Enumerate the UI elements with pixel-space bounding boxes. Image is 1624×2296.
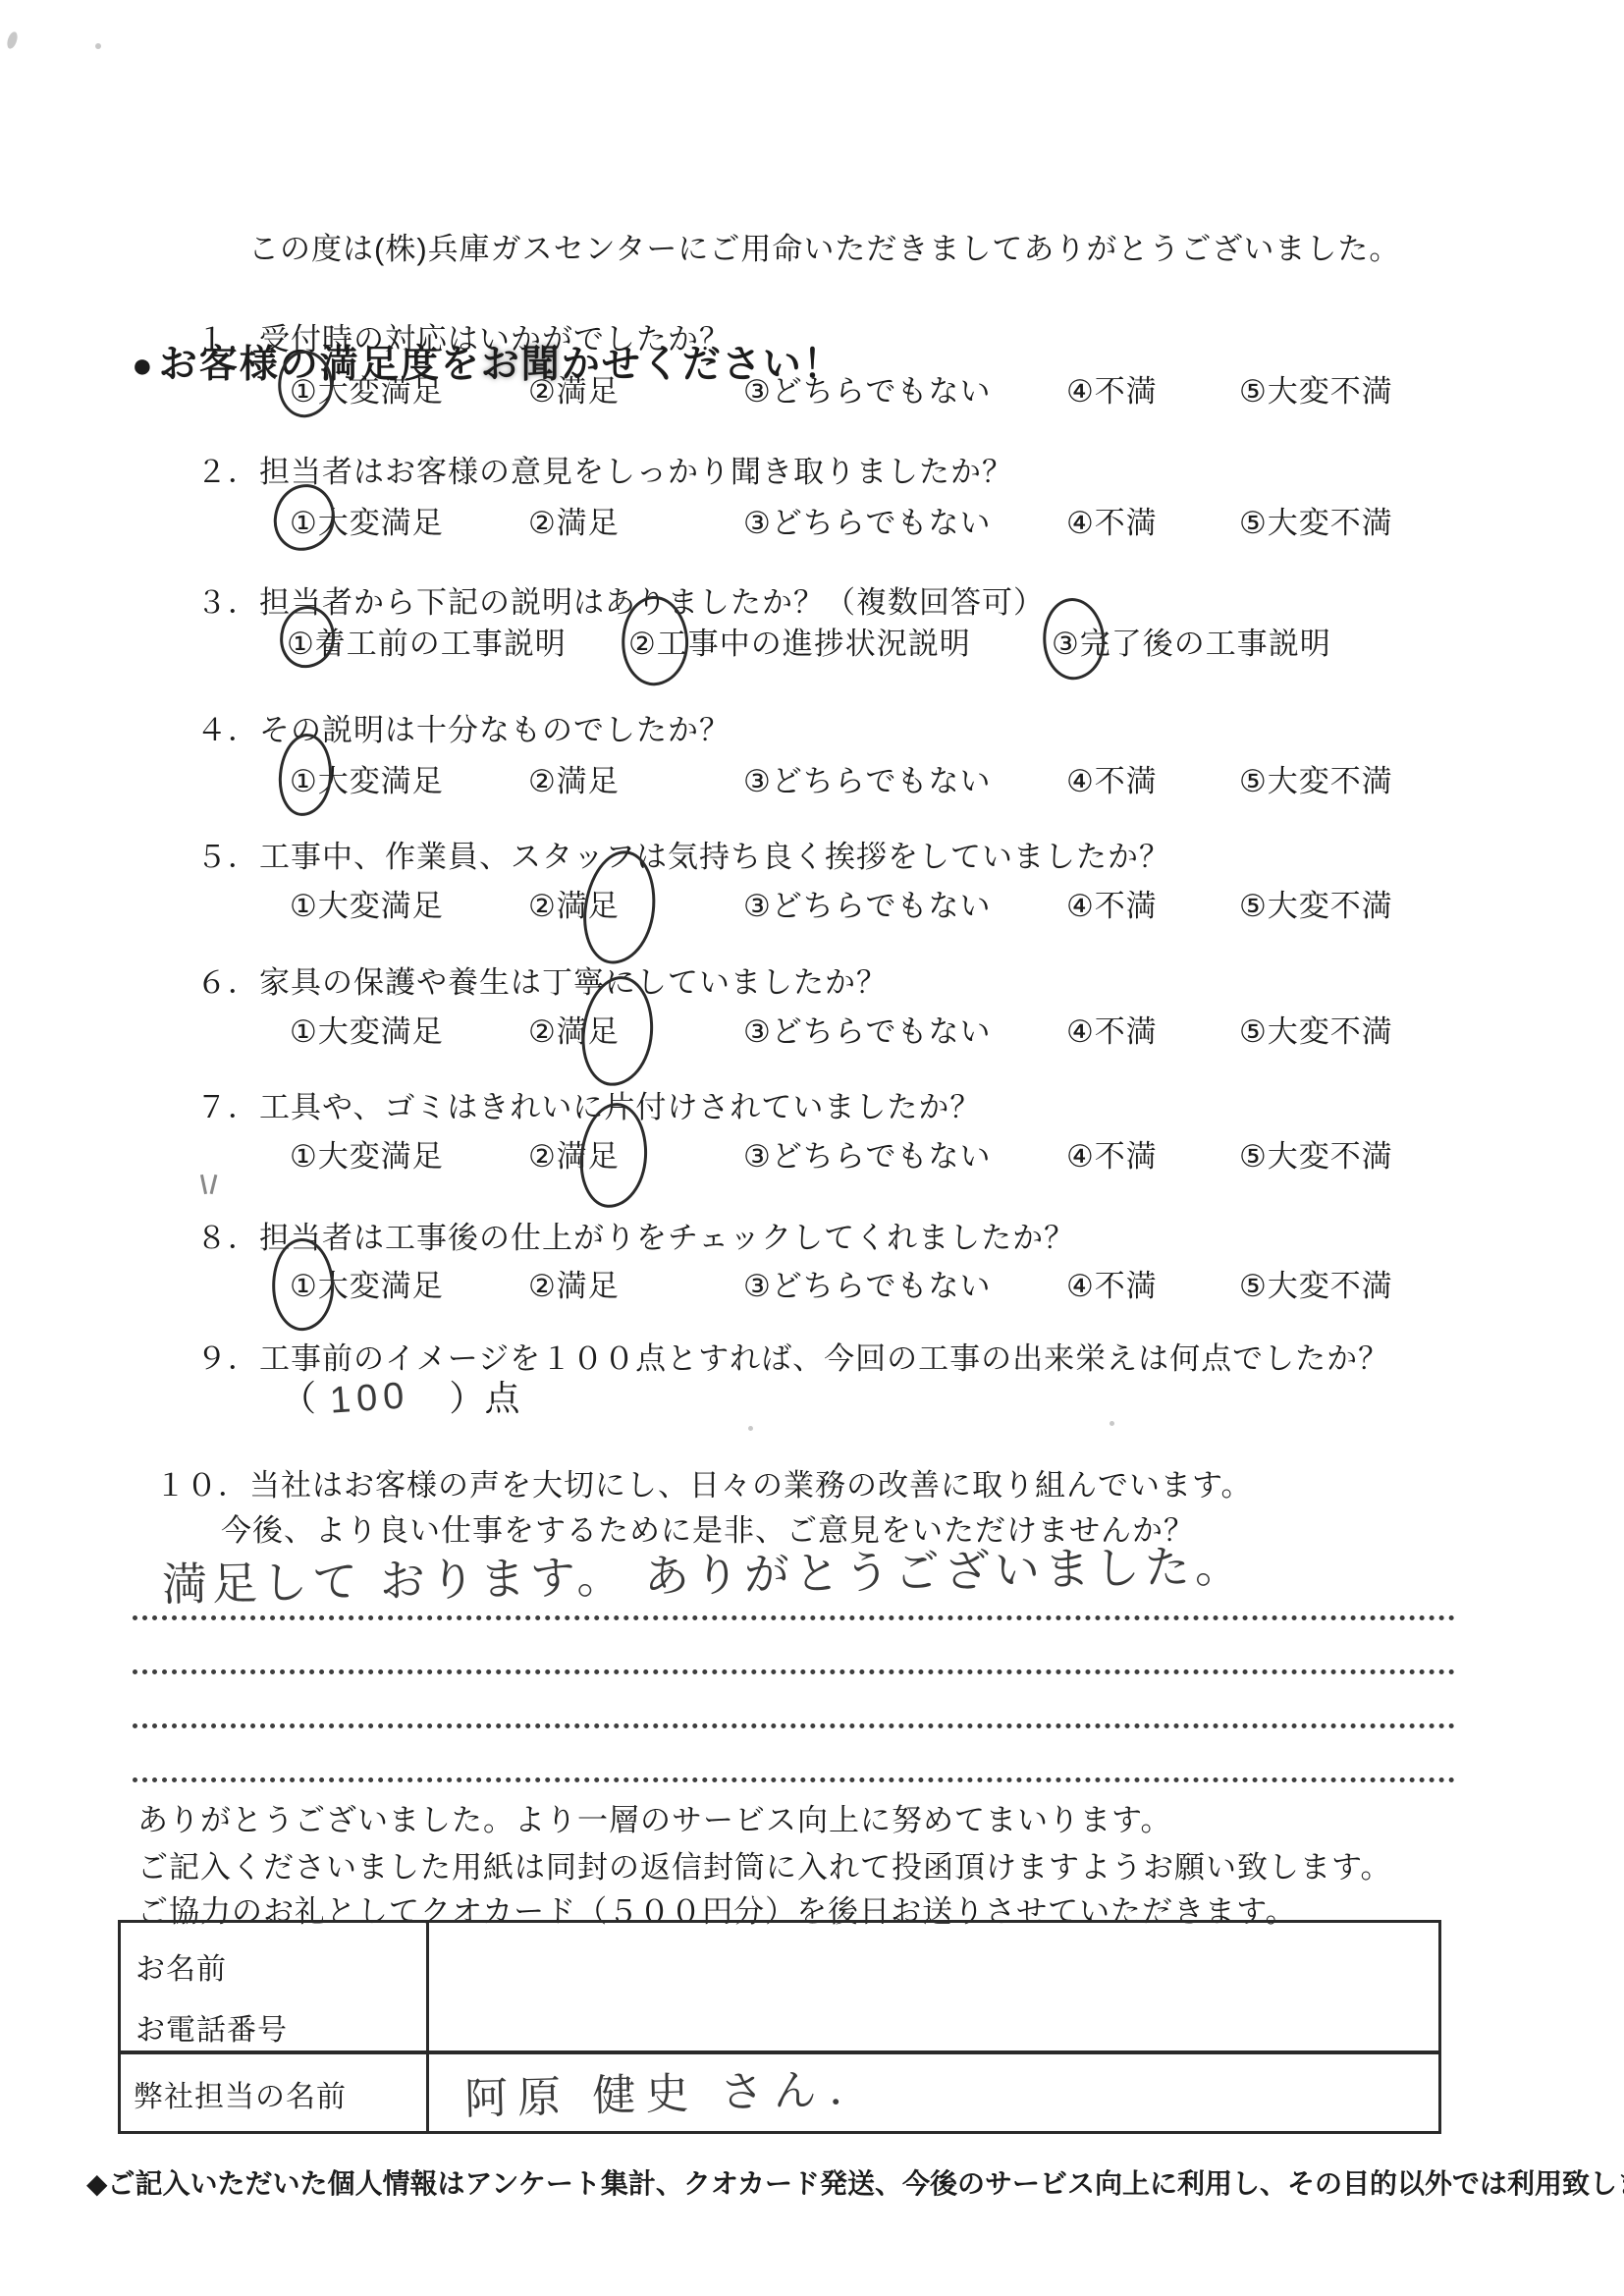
question-5-number: ５． <box>196 832 259 876</box>
q8-option-4: ④不満 <box>1066 1261 1158 1305</box>
question-8: ８．担当者は工事後の仕上がりをチェックしてくれましたか？ <box>196 1213 1075 1257</box>
question-9-number: ９． <box>196 1334 259 1378</box>
question-4: ４．その説明は十分なものでしたか？ <box>196 705 731 749</box>
question-8-text: 担当者は工事後の仕上がりをチェックしてくれましたか？ <box>259 1221 1075 1255</box>
question-6-options: ①大変満足 ②満足 ③どちらでもない ④不満 ⑤大変不満 <box>0 1007 1624 1046</box>
hand-circle-q2-opt1 <box>272 482 338 553</box>
answer-dotted-line-2 <box>133 1669 1455 1674</box>
question-3-number: ３． <box>196 577 259 622</box>
q5-option-1: ①大変満足 <box>290 881 444 925</box>
q9-paren-close: ） <box>449 1378 484 1418</box>
question-4-number: ４． <box>196 705 259 749</box>
question-7-options: ①大変満足 ②満足 ③どちらでもない ④不満 ⑤大変不満 <box>0 1131 1624 1171</box>
question-8-options: ①大変満足 ②満足 ③どちらでもない ④不満 ⑤大変不満 <box>0 1261 1624 1300</box>
q4-option-4: ④不満 <box>1066 756 1158 800</box>
question-5-text: 工事中、作業員、スタッフは気持ち良く挨拶をしていましたか？ <box>259 840 1170 874</box>
question-2-text: 担当者はお客様の意見をしっかり聞き取りましたか？ <box>259 455 1013 489</box>
q4-option-3: ③どちらでもない <box>743 756 991 800</box>
q1-option-4: ④不満 <box>1066 366 1158 410</box>
scan-artifact <box>748 1426 753 1431</box>
question-2-number: ２． <box>196 447 259 491</box>
question-7: ７．工具や、ゴミはきれいに片付けされていましたか？ <box>196 1082 981 1126</box>
hand-circle-q3-opt3 <box>1038 594 1110 683</box>
q9-paren-open: （ <box>281 1378 316 1418</box>
q1-option-2: ②満足 <box>528 366 620 410</box>
question-7-number: ７． <box>196 1082 259 1126</box>
question-3-options: ①着工前の工事説明 ②工事中の進捗状況説明 ③完了後の工事説明 <box>0 619 1624 658</box>
question-2-options: ①大変満足 ②満足 ③どちらでもない ④不満 ⑤大変不満 <box>0 498 1624 537</box>
answer-dotted-line-3 <box>133 1723 1455 1728</box>
answer-dotted-line-4 <box>133 1777 1455 1782</box>
question-5-options: ①大変満足 ②満足 ③どちらでもない ④不満 ⑤大変不満 <box>0 881 1624 920</box>
q5-option-4: ④不満 <box>1066 881 1158 925</box>
label-phone: お電話番号 <box>135 2005 288 2049</box>
scan-artifact <box>210 1175 218 1194</box>
q7-option-1: ①大変満足 <box>290 1131 444 1175</box>
q5-option-5: ⑤大変不満 <box>1239 881 1393 925</box>
table-column-divider <box>426 1923 429 2131</box>
q8-option-2: ②満足 <box>528 1261 620 1305</box>
label-name: お名前 <box>135 1944 227 1988</box>
q2-option-2: ②満足 <box>528 498 620 542</box>
handwritten-staff-name: 阿原 健史 さん． <box>463 2052 883 2126</box>
question-2: ２．担当者はお客様の意見をしっかり聞き取りましたか？ <box>196 447 1013 491</box>
scan-artifact <box>200 1175 207 1194</box>
q6-option-3: ③どちらでもない <box>743 1007 991 1051</box>
table-row-divider <box>121 2050 1438 2054</box>
question-10-line1: 当社はお客様の声を大切にし、日々の業務の改善に取り組んでいます。 <box>249 1468 1253 1503</box>
question-1-text: 受付時の対応はいかがでしたか？ <box>259 322 731 356</box>
q4-option-5: ⑤大変不満 <box>1239 756 1393 800</box>
question-1: １．受付時の対応はいかがでしたか？ <box>196 314 731 358</box>
scanned-survey-page: この度は(株)兵庫ガスセンターにご用命いただきましてありがとうございました。 ●… <box>0 0 1624 2296</box>
q9-handwritten-score: 100 <box>329 1375 411 1423</box>
closing-line-1: ありがとうございました。より一層のサービス向上に努めてまいります。 <box>137 1795 1172 1839</box>
q6-option-4: ④不満 <box>1066 1007 1158 1051</box>
question-4-text: その説明は十分なものでしたか？ <box>259 713 731 747</box>
question-6: ６．家具の保護や養生は丁寧にしていましたか？ <box>196 957 888 1002</box>
q7-option-4: ④不満 <box>1066 1131 1158 1175</box>
q8-option-5: ⑤大変不満 <box>1239 1261 1393 1305</box>
question-10-number: １０． <box>155 1460 249 1504</box>
answer-dotted-line-1 <box>133 1615 1455 1620</box>
q2-option-5: ⑤大変不満 <box>1239 498 1393 542</box>
q4-option-2: ②満足 <box>528 756 620 800</box>
question-5: ５．工事中、作業員、スタッフは気持ち良く挨拶をしていましたか？ <box>196 832 1170 876</box>
question-1-number: １． <box>196 314 259 358</box>
label-staff-name: 弊社担当の名前 <box>134 2072 347 2115</box>
contact-table: お名前 お電話番号 弊社担当の名前 阿原 健史 さん． <box>118 1920 1441 2134</box>
q7-option-3: ③どちらでもない <box>743 1131 991 1175</box>
q2-option-4: ④不満 <box>1066 498 1158 542</box>
q5-option-3: ③どちらでもない <box>743 881 991 925</box>
scan-artifact <box>1110 1421 1114 1426</box>
q9-unit: 点 <box>484 1378 519 1418</box>
q2-option-3: ③どちらでもない <box>743 498 991 542</box>
question-10: １０．当社はお客様の声を大切にし、日々の業務の改善に取り組んでいます。 <box>155 1460 1253 1504</box>
q9-answer-line: （100）点 <box>281 1371 519 1421</box>
privacy-note: ◆ご記入いただいた個人情報はアンケート集計、クオカード発送、今後のサービス向上に… <box>86 2162 1624 2202</box>
q7-option-5: ⑤大変不満 <box>1239 1131 1393 1175</box>
q6-option-1: ①大変満足 <box>290 1007 444 1051</box>
intro-sentence: この度は(株)兵庫ガスセンターにご用命いただきましてありがとうございました。 <box>248 224 1400 268</box>
q6-option-5: ⑤大変不満 <box>1239 1007 1393 1051</box>
q8-option-3: ③どちらでもない <box>743 1261 991 1305</box>
question-4-options: ①大変満足 ②満足 ③どちらでもない ④不満 ⑤大変不満 <box>0 756 1624 795</box>
question-8-number: ８． <box>196 1213 259 1257</box>
closing-line-2: ご記入くださいました用紙は同封の返信封筒に入れて投函頂けますようお願い致します。 <box>137 1842 1392 1886</box>
question-6-text: 家具の保護や養生は丁寧にしていましたか？ <box>259 965 888 1000</box>
scan-artifact <box>95 43 101 49</box>
q1-option-5: ⑤大変不満 <box>1239 366 1393 410</box>
scan-artifact <box>5 30 19 50</box>
q1-option-3: ③どちらでもない <box>743 366 991 410</box>
question-6-number: ６． <box>196 957 259 1002</box>
question-1-options: ①大変満足 ②満足 ③どちらでもない ④不満 ⑤大変不満 <box>0 366 1624 406</box>
